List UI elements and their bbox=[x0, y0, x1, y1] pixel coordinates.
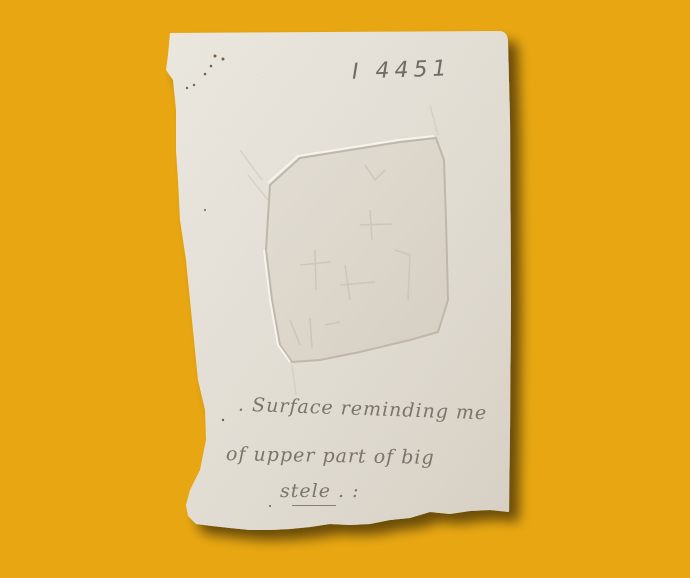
catalog-number: I 4451 bbox=[352, 56, 452, 84]
handwritten-note-line-3: stele . : bbox=[280, 480, 359, 502]
handwritten-note-line-2: of upper part of big bbox=[226, 443, 435, 469]
photo-stage: I 4451 . Surface reminding me of upper p… bbox=[0, 0, 690, 578]
note-underline bbox=[292, 505, 336, 506]
